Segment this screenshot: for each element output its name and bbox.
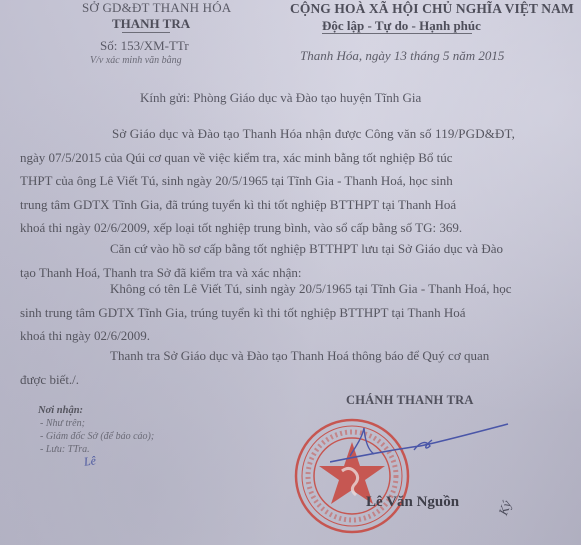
issuing-organization: SỞ GD&ĐT THANH HÓA <box>82 0 231 16</box>
document-subject: V/v xác minh văn bằng <box>90 55 182 66</box>
body-line: khoá thi ngày 02/6/2009, xếp loại tốt ng… <box>20 216 572 240</box>
handwritten-signature-icon <box>330 420 510 480</box>
signer-title: CHÁNH THANH TRA <box>346 393 474 408</box>
issuing-department: THANH TRA <box>112 16 190 32</box>
body-line: Sở Giáo dục và Đào tạo Thanh Hóa nhận đư… <box>20 122 572 146</box>
body-line: Thanh tra Sở Giáo dục và Đào tạo Thanh H… <box>20 344 572 368</box>
recipient-line: Kính gửi: Phòng Giáo dục và Đào tạo huyệ… <box>140 90 421 106</box>
margin-handwritten-note: Ký <box>495 498 515 517</box>
national-title: CỘNG HOÀ XÃ HỘI CHỦ NGHĨA VIỆT NAM <box>290 1 574 17</box>
body-line: THPT của ông Lê Viết Tú, sinh ngày 20/5/… <box>20 169 572 193</box>
recipients-item: - Như trên; <box>40 418 85 429</box>
body-line: trung tâm GDTX Tĩnh Gia, đã trúng tuyển … <box>20 193 572 217</box>
body-line: sinh trung tâm GDTX Tĩnh Gia, trúng tuyể… <box>20 301 572 325</box>
body-paragraph-1: Sở Giáo dục và Đào tạo Thanh Hóa nhận đư… <box>20 122 572 240</box>
recipients-item: - Lưu: TTra. <box>40 444 90 455</box>
recipients-title: Nơi nhận: <box>38 405 83 416</box>
motto-underline <box>322 33 472 34</box>
recipients-item: - Giám đốc Sở (để báo cáo); <box>40 431 154 442</box>
signer-name: Lê Văn Nguồn <box>366 494 459 511</box>
national-motto: Độc lập - Tự do - Hạnh phúc <box>322 18 481 34</box>
body-line: Không có tên Lê Viết Tú, sinh ngày 20/5/… <box>20 277 572 301</box>
body-paragraph-3: Không có tên Lê Viết Tú, sinh ngày 20/5/… <box>20 277 572 348</box>
body-line: được biết./. <box>20 368 572 392</box>
handwritten-initial: Lê <box>83 453 97 470</box>
document-number: Số: 153/XM-TTr <box>100 38 189 54</box>
place-date: Thanh Hóa, ngày 13 tháng 5 năm 2015 <box>300 48 504 64</box>
header-underline <box>122 32 170 33</box>
body-paragraph-4: Thanh tra Sở Giáo dục và Đào tạo Thanh H… <box>20 344 572 391</box>
body-line: ngày 07/5/2015 của Qúi cơ quan về việc k… <box>20 146 572 170</box>
body-line: Căn cứ vào hồ sơ cấp bằng tốt nghiệp BTT… <box>20 237 572 261</box>
